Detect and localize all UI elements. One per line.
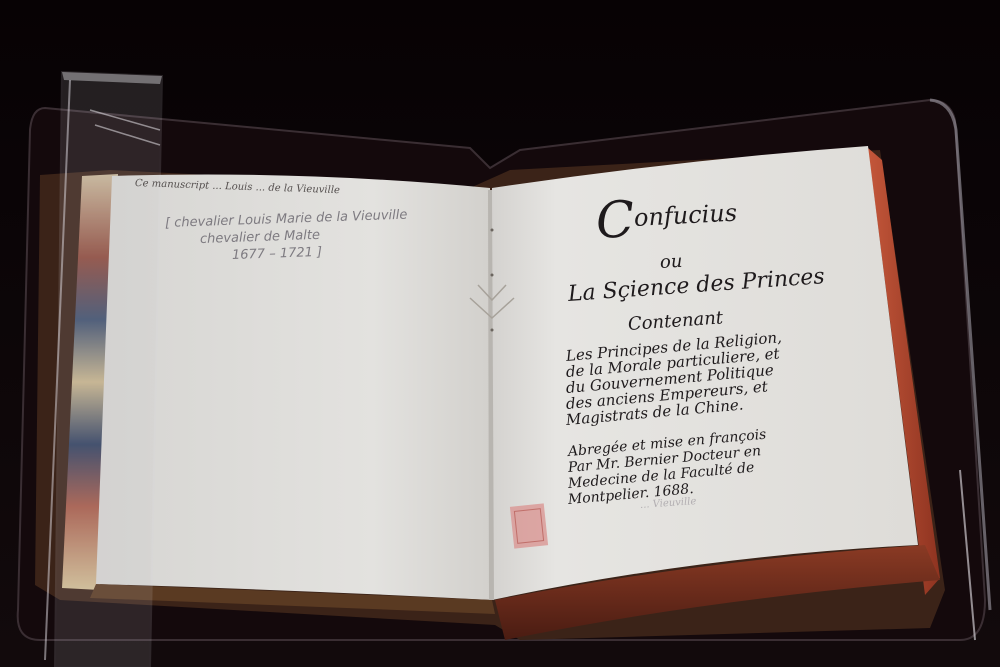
- title-initial: C: [594, 190, 635, 250]
- acrylic-clip: [55, 72, 162, 667]
- photo-scene: [0, 0, 1000, 667]
- title-ou: ou: [659, 251, 683, 273]
- title-rest: onfucius: [633, 199, 737, 232]
- red-seal-stamp: [510, 503, 548, 548]
- pencil-note-line3: 1677 – 1721 ]: [232, 245, 323, 263]
